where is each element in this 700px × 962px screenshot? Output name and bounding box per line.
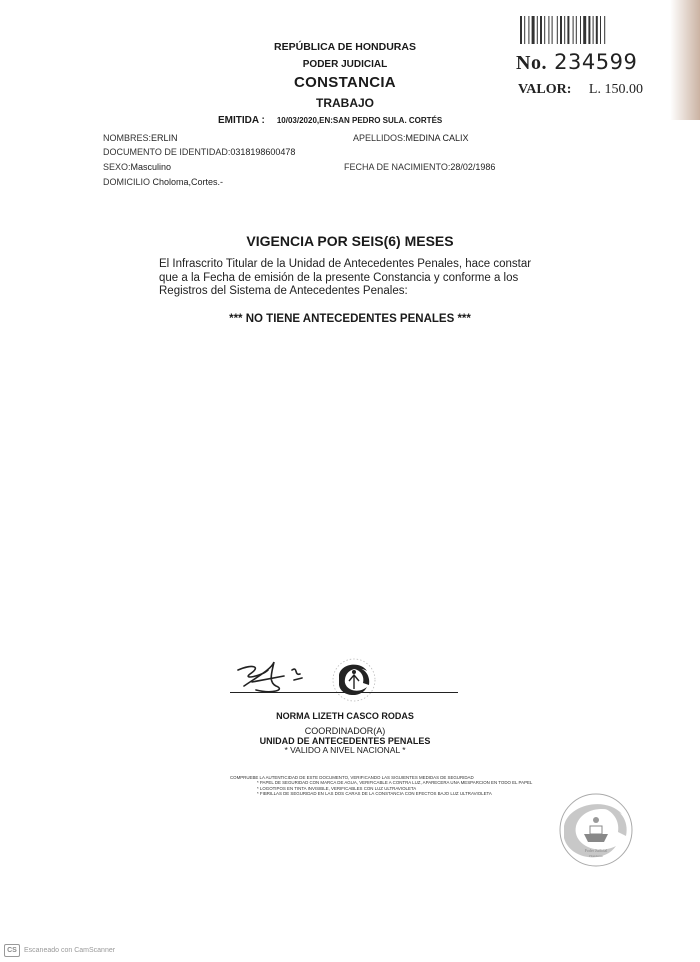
scanner-watermark: CS Escaneado con CamScanner — [4, 944, 115, 957]
signatory-name: NORMA LIZETH CASCO RODAS — [200, 711, 490, 721]
security-notice: COMPRUEBE LA AUTENTICIDAD DE ESTE DOCUME… — [230, 775, 532, 797]
paragraph-line: Registros del Sistema de Antecedentes Pe… — [159, 285, 559, 299]
address-value: Choloma,Cortes.- — [153, 177, 224, 187]
names-label: NOMBRES: — [103, 133, 151, 143]
issued-label: EMITIDA : — [218, 115, 265, 126]
id-label: DOCUMENTO DE IDENTIDAD: — [103, 147, 230, 157]
judicial-seal-icon — [331, 657, 377, 703]
birth-value: 28/02/1986 — [450, 162, 495, 172]
field-names: NOMBRES:ERLIN — [103, 133, 178, 143]
validity-scope: * VALIDO A NIVEL NACIONAL * — [200, 745, 490, 755]
paragraph-line: que a la Fecha de emisión de la presente… — [159, 272, 559, 286]
document-number-label: No. — [516, 52, 547, 74]
field-address: DOMICILIO Choloma,Cortes.- — [103, 177, 223, 187]
surnames-label: APELLIDOS: — [353, 133, 406, 143]
document-title: CONSTANCIA — [200, 74, 490, 91]
header-country: REPÚBLICA DE HONDURAS — [200, 41, 490, 53]
document-fee: VALOR: L. 150.00 — [518, 82, 643, 98]
official-stamp-icon: Poder Judicial Honduras — [556, 790, 636, 870]
paragraph-line: El Infrascrito Titular de la Unidad de A… — [159, 258, 559, 272]
field-sex: SEXO:Masculino — [103, 162, 171, 172]
fee-label: VALOR: — [518, 82, 571, 97]
issued-line: EMITIDA :10/03/2020,EN:SAN PEDRO SULA. C… — [218, 115, 442, 126]
signatory-title: COORDINADOR(A) — [200, 726, 490, 736]
field-surnames: APELLIDOS:MEDINA CALIX — [353, 133, 469, 143]
names-value: ERLIN — [151, 133, 178, 143]
record-result: *** NO TIENE ANTECEDENTES PENALES *** — [150, 313, 550, 325]
header-institution: PODER JUDICIAL — [200, 59, 490, 70]
document-number-value: 234599 — [554, 50, 637, 74]
id-value: 0318198600478 — [230, 147, 295, 157]
page-edge-shadow — [670, 0, 700, 120]
sex-label: SEXO: — [103, 162, 131, 172]
barcode — [520, 16, 636, 44]
svg-text:Honduras: Honduras — [589, 854, 603, 858]
birth-label: FECHA DE NACIMIENTO: — [344, 162, 450, 172]
signature — [232, 656, 332, 696]
address-label: DOMICILIO — [103, 177, 150, 187]
document-number: No. 234599 — [516, 50, 637, 75]
surnames-value: MEDINA CALIX — [406, 133, 469, 143]
document-purpose: TRABAJO — [200, 96, 490, 110]
field-id-document: DOCUMENTO DE IDENTIDAD:0318198600478 — [103, 147, 295, 157]
field-birth-date: FECHA DE NACIMIENTO:28/02/1986 — [344, 162, 495, 172]
security-line: * FIBRILLAS DE SEGURIDAD EN LAS DOS CARA… — [230, 791, 532, 796]
svg-text:Poder Judicial: Poder Judicial — [585, 848, 609, 853]
sex-value: Masculino — [131, 162, 172, 172]
validity-heading: VIGENCIA POR SEIS(6) MESES — [150, 233, 550, 249]
camscanner-logo-icon: CS — [4, 944, 20, 957]
scanner-text: Escaneado con CamScanner — [24, 947, 115, 954]
fee-value: L. 150.00 — [589, 82, 643, 97]
issued-value: 10/03/2020,EN:SAN PEDRO SULA. CORTÉS — [277, 116, 442, 125]
signature-line — [230, 692, 458, 693]
certification-paragraph: El Infrascrito Titular de la Unidad de A… — [159, 258, 559, 299]
